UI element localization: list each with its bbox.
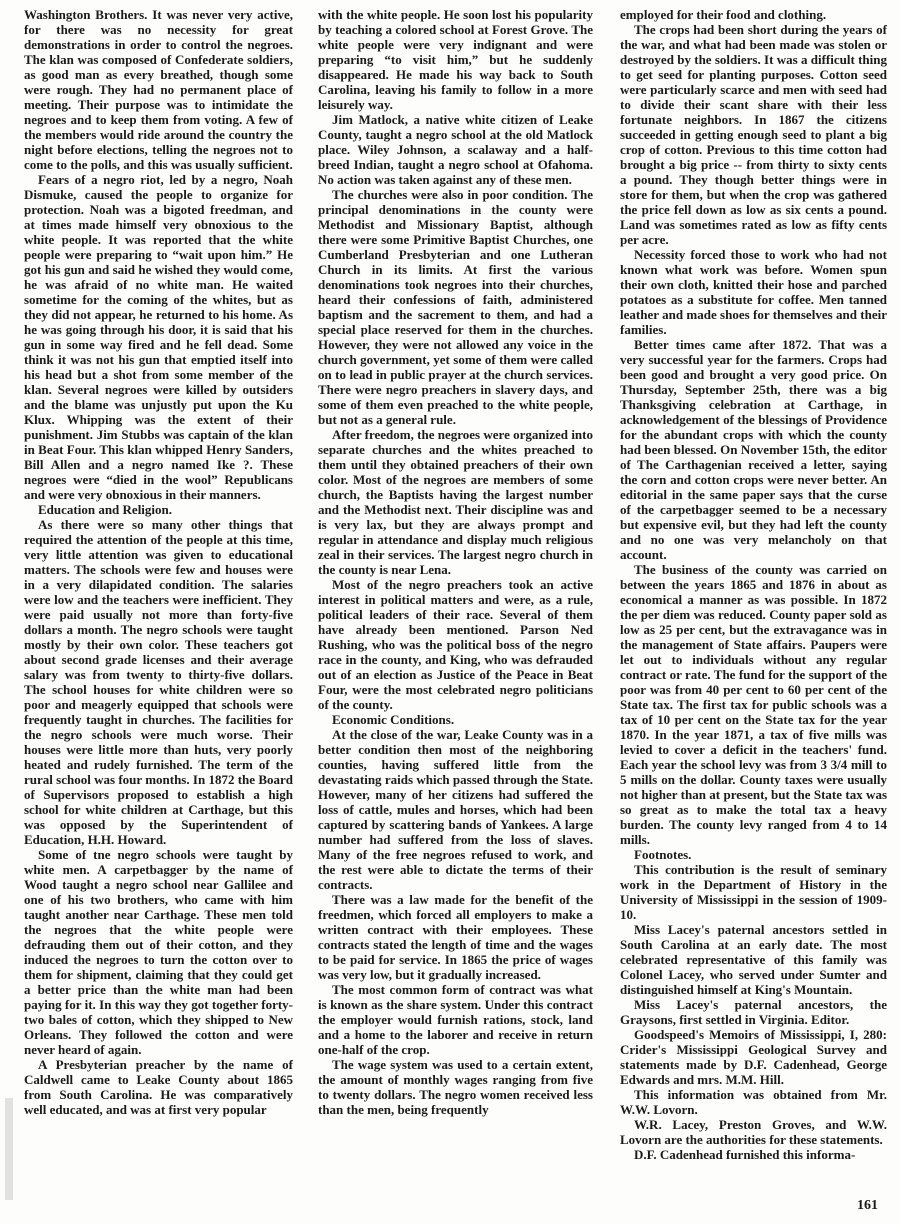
paragraph: At the close of the war, Leake County wa… [318,727,593,892]
paragraph: Goodspeed's Memoirs of Mississippi, I, 2… [620,1027,887,1087]
paragraph: D.F. Cadenhead furnished this informa- [620,1147,887,1162]
section-heading: Economic Conditions. [318,712,593,727]
paragraph: This information was obtained from Mr. W… [620,1087,887,1117]
paragraph: Jim Matlock, a native white citizen of L… [318,112,593,187]
paragraph: There was a law made for the benefit of … [318,892,593,982]
paragraph: Necessity forced those to work who had n… [620,247,887,337]
paragraph: employed for their food and clothing. [620,7,887,22]
paragraph: As there were so many other things that … [24,517,293,847]
paragraph: Better times came after 1872. That was a… [620,337,887,562]
page-number: 161 [857,1198,878,1213]
document-page: Washington Brothers. It was never very a… [0,0,900,1224]
paragraph: The wage system was used to a certain ex… [318,1057,593,1117]
text-column-1: Washington Brothers. It was never very a… [24,7,293,1117]
paragraph: Some of tne negro schools were taught by… [24,847,293,1057]
section-heading: Footnotes. [620,847,887,862]
scan-edge-artifact [5,1098,13,1200]
paragraph: The business of the county was carried o… [620,562,887,847]
paragraph: with the white people. He soon lost his … [318,7,593,112]
section-heading: Education and Religion. [24,502,293,517]
paragraph: The churches were also in poor condition… [318,187,593,427]
paragraph: This contribution is the result of semin… [620,862,887,922]
paragraph: Most of the negro preachers took an acti… [318,577,593,712]
paragraph: The crops had been short during the year… [620,22,887,247]
paragraph: Fears of a negro riot, led by a negro, N… [24,172,293,502]
paragraph: After freedom, the negroes were organize… [318,427,593,577]
paragraph: Miss Lacey's paternal ancestors settled … [620,922,887,997]
paragraph: Miss Lacey's paternal ancestors, the Gra… [620,997,887,1027]
paragraph: W.R. Lacey, Preston Groves, and W.W. Lov… [620,1117,887,1147]
text-column-2: with the white people. He soon lost his … [318,7,593,1117]
paragraph: Washington Brothers. It was never very a… [24,7,293,172]
paragraph: The most common form of contract was wha… [318,982,593,1057]
paragraph: A Presbyterian preacher by the name of C… [24,1057,293,1117]
text-column-3: employed for their food and clothing.The… [620,7,887,1162]
